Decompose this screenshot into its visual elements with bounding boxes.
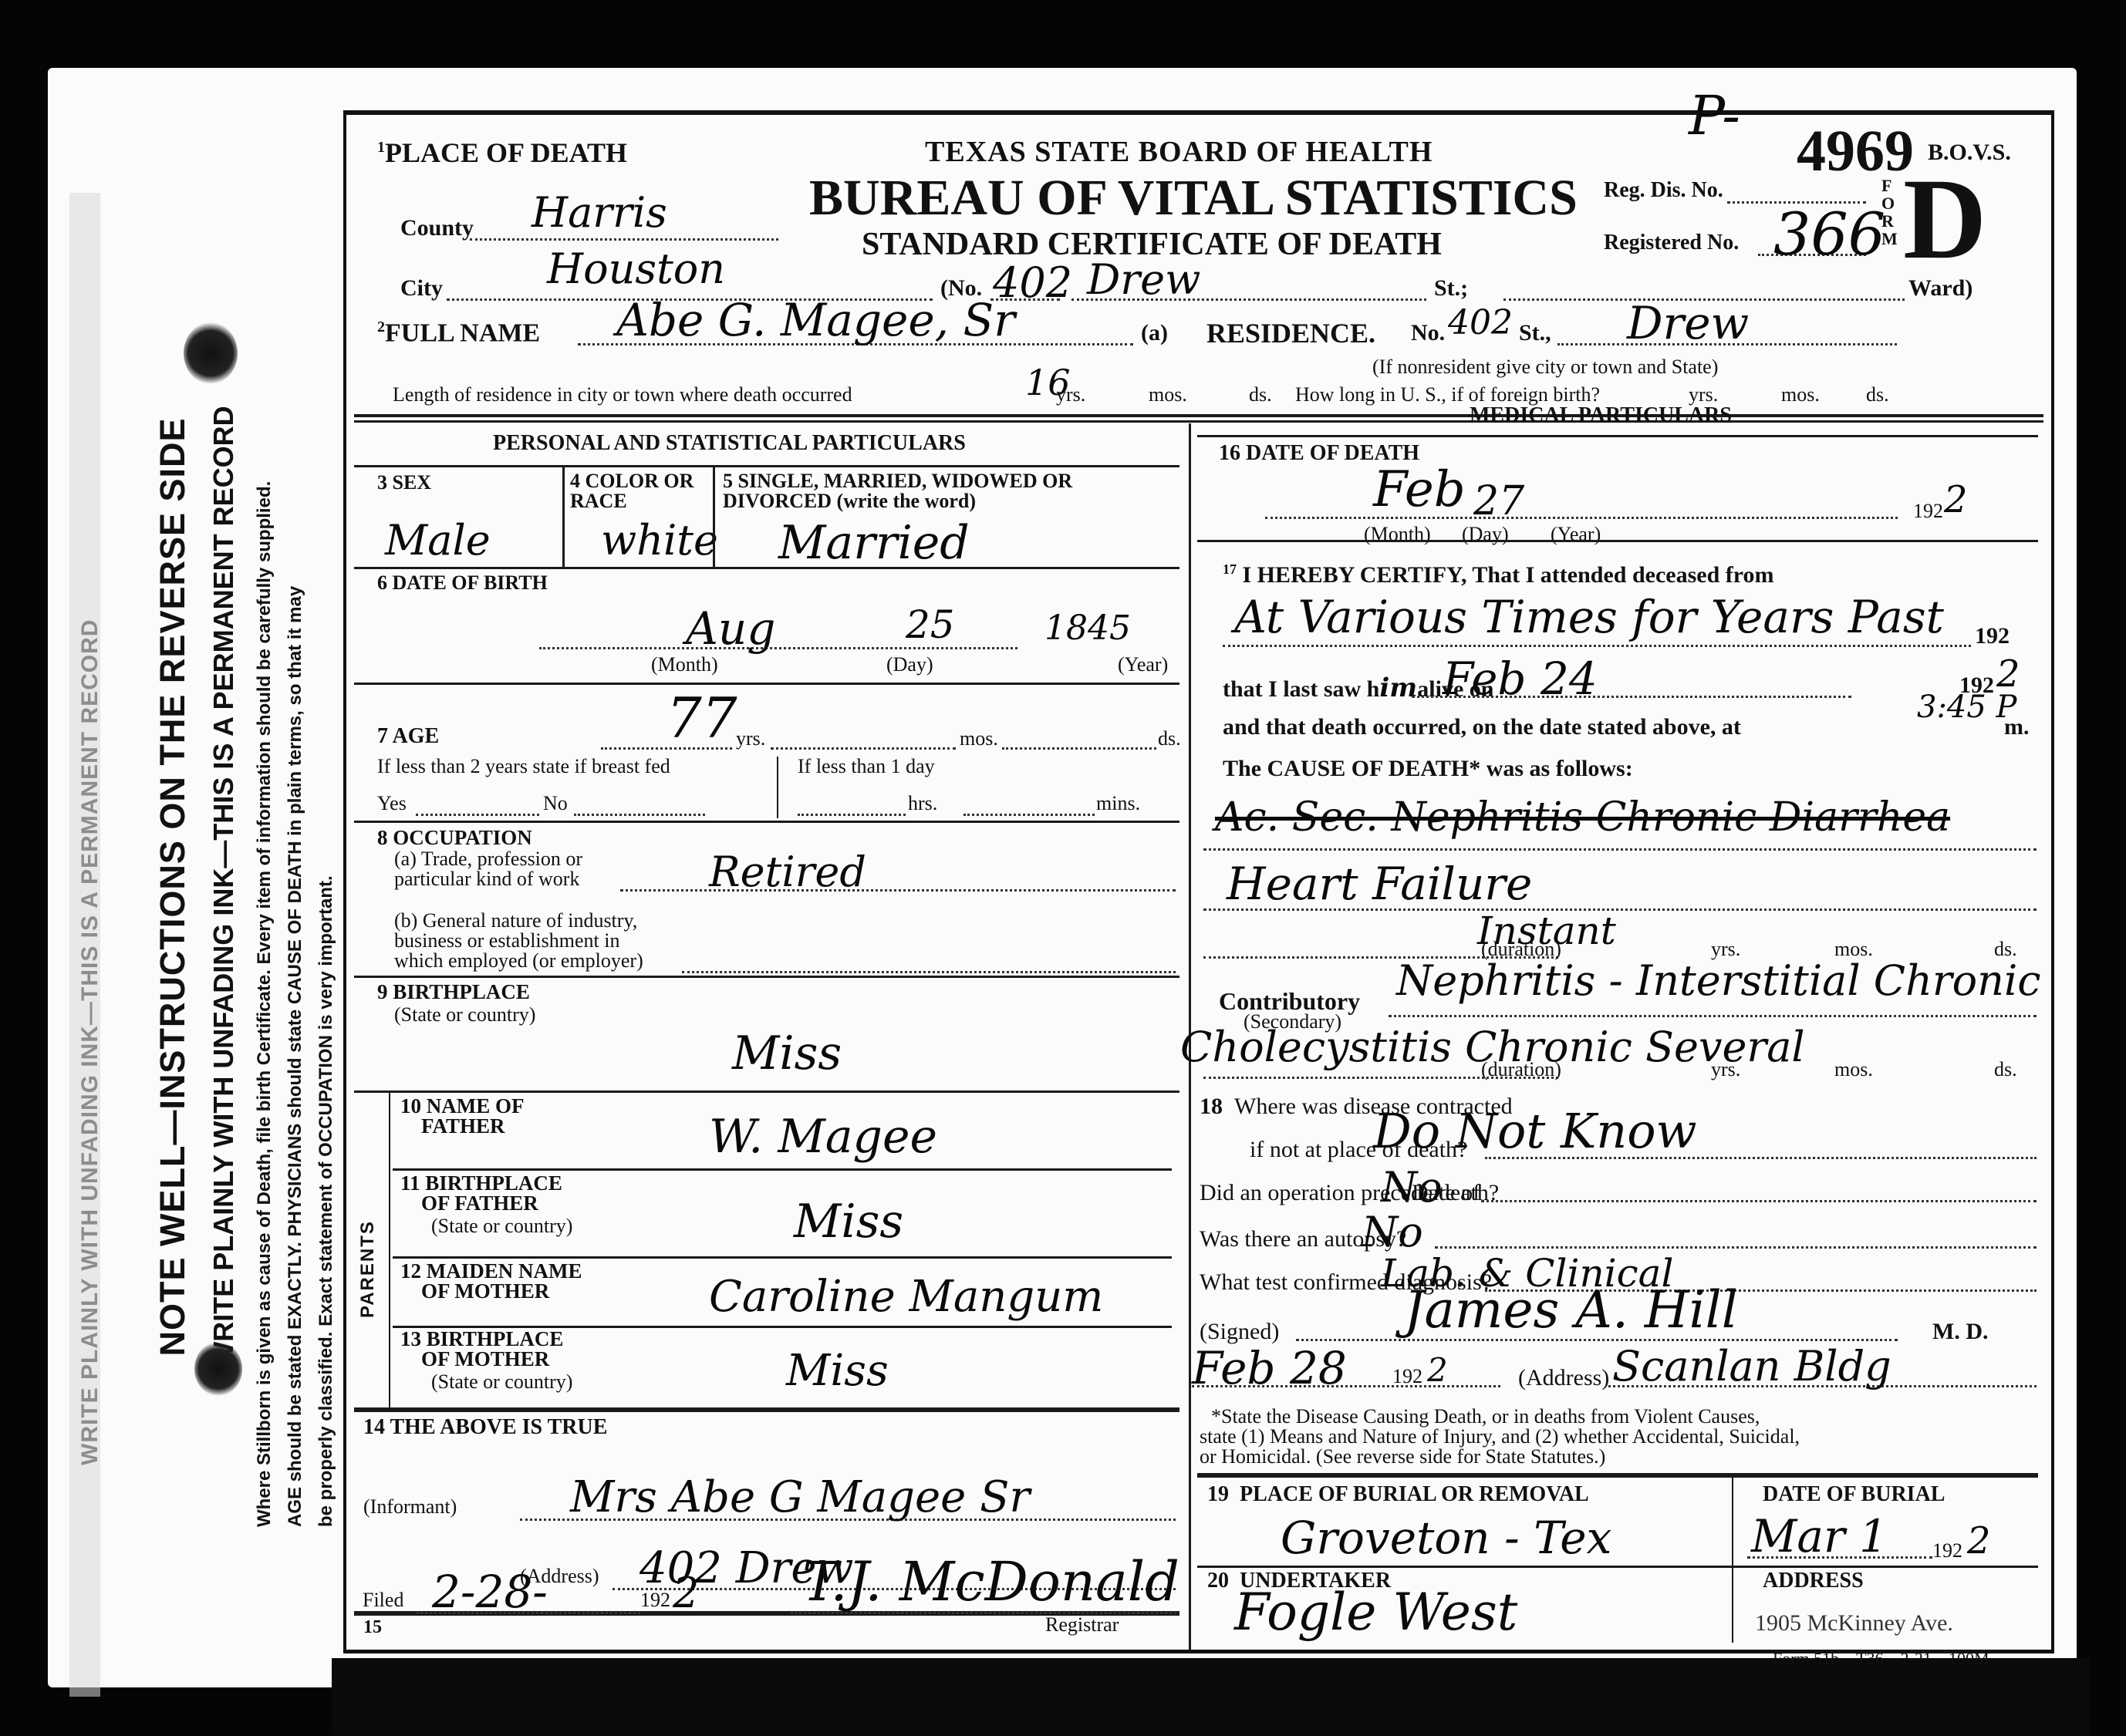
nonresident-note: (If nonresident give city or town and St… [1372, 356, 1718, 379]
form-letter-d: D [1903, 161, 1986, 277]
cause-of-death-label: The CAUSE OF DEATH* was as follows: [1223, 756, 1633, 782]
residence-st-label: St., [1519, 320, 1551, 346]
ink-blot [184, 322, 238, 384]
filed-year-suffix: 2 [673, 1569, 699, 1617]
scan-border [332, 1658, 2091, 1735]
full-name-label: 2FULL NAME [377, 319, 540, 348]
registrar-label: Registrar [1045, 1613, 1119, 1637]
contributory-cause-1: Nephritis - Interstitial Chronic [1396, 956, 2040, 1005]
form-code-footer: Form 51b—T36—2-21—100M [1773, 1649, 1989, 1669]
filed-label: Filed [363, 1589, 403, 1612]
birthplace-label: 9 BIRTHPLACE [377, 980, 530, 1004]
attended-value: At Various Times for Years Past [1234, 591, 1944, 643]
marital-status-label: 5 SINGLE, MARRIED, WIDOWED OR DIVORCED (… [723, 471, 1170, 511]
margin-instructions: NOTE WELL—INSTRUCTIONS ON THE REVERSE SI… [150, 231, 337, 1542]
burial-place-value: Groveton - Tex [1281, 1512, 1611, 1564]
father-birthplace-label: 11 BIRTHPLACE OF FATHER [400, 1173, 562, 1213]
birthplace-value: Miss [732, 1026, 842, 1080]
bleed-through-text: WRITE PLAINLY WITH UNFADING INK—THIS IS … [77, 619, 103, 1465]
form-vertical-label: FORM [1881, 177, 1897, 248]
parents-label: PARENTS [357, 1220, 379, 1318]
city-label: City [400, 275, 443, 302]
dod-day: 27 [1473, 478, 1524, 524]
margin-occupation-note: be properly classified. Exact statement … [316, 231, 337, 1542]
dob-month: Aug [686, 602, 775, 655]
personal-section-title: PERSONAL AND STATISTICAL PARTICULARS [493, 431, 966, 456]
mother-name-value: Caroline Mangum [709, 1272, 1103, 1322]
color-race-label: 4 COLOR OR RACE [570, 471, 701, 511]
cause-duration: Instant [1477, 908, 1616, 953]
item-15-label: 15 [363, 1617, 382, 1638]
city-value: Houston [547, 244, 725, 293]
certify-label: 17 I HEREBY CERTIFY, That I attended dec… [1223, 561, 1774, 588]
undertaker-address-value: 1905 McKinney Ave. [1755, 1610, 1953, 1637]
physician-address-value: Scanlan Bldg [1612, 1342, 1891, 1390]
burial-date-label: DATE OF BURIAL [1763, 1482, 1945, 1507]
margin-stillborn-note: Where Stillborn is given as cause of Dea… [254, 231, 275, 1542]
mother-name-label: 12 MAIDEN NAME OF MOTHER [400, 1261, 582, 1301]
ink-blot [194, 1342, 242, 1396]
less-than-day-label: If less than 1 day [798, 755, 935, 778]
mother-birthplace-value: Miss [786, 1346, 889, 1396]
sex-value: Male [385, 516, 491, 565]
informant-label: (Informant) [363, 1495, 457, 1519]
age-years: 77 [666, 686, 737, 750]
father-name-value: W. Magee [709, 1110, 937, 1164]
breast-fed-label: If less than 2 years state if breast fed [377, 755, 670, 778]
burial-date-value: Mar 1 [1751, 1510, 1888, 1562]
undertaker-value: Fogle West [1234, 1583, 1517, 1642]
occupation-label: 8 OCCUPATION [377, 826, 532, 850]
md-label: M. D. [1932, 1319, 1988, 1345]
father-birthplace-value: Miss [794, 1195, 903, 1249]
file-number: 4969 [1797, 118, 1914, 185]
residence-street: Drew [1627, 297, 1749, 349]
mother-birthplace-label: 13 BIRTHPLACE OF MOTHER [400, 1329, 563, 1369]
physician-address-label: (Address) [1518, 1365, 1609, 1391]
length-of-residence-label: Length of residence in city or town wher… [393, 383, 852, 406]
filed-date: 2-28- [432, 1566, 548, 1618]
burial-place-label: 19 PLACE OF BURIAL OR REMOVAL [1207, 1482, 1589, 1507]
date-of-birth-label: 6 DATE OF BIRTH [377, 571, 548, 595]
physician-signature: James A. Hill [1404, 1280, 1738, 1340]
registered-number: 366 [1773, 200, 1885, 268]
father-name-label: 10 NAME OF FATHER [400, 1096, 524, 1136]
residence-label: RESIDENCE. [1206, 317, 1375, 349]
death-time: 3:45 P [1917, 689, 2016, 725]
undertaker-address-label: ADDRESS [1763, 1569, 1864, 1593]
residence-no-label: No. [1411, 320, 1445, 346]
margin-note-well: NOTE WELL—INSTRUCTIONS ON THE REVERSE SI… [150, 231, 195, 1542]
last-saw-date: Feb 24 [1443, 652, 1598, 705]
street-name: Drew [1087, 255, 1200, 304]
where-contracted-value: Do Not Know [1373, 1103, 1697, 1159]
signed-label: (Signed) [1200, 1319, 1279, 1345]
dod-year-suffix: 2 [1944, 478, 1968, 521]
informant-value: Mrs Abe G Magee Sr [570, 1472, 1030, 1522]
signed-date: Feb 28 [1192, 1342, 1347, 1394]
registered-label: Registered No. [1604, 231, 1739, 255]
occupation-value: Retired [709, 848, 866, 896]
residence-number: 402 [1448, 303, 1513, 342]
margin-age-note: AGE should be stated EXACTLY. PHYSICIANS… [285, 231, 306, 1542]
death-certificate-form: 1PLACE OF DEATH TEXAS STATE BOARD OF HEA… [343, 110, 2054, 1653]
dod-month: Feb [1373, 461, 1466, 518]
death-time-label: and that death occurred, on the date sta… [1223, 714, 1741, 740]
dob-year: 1845 [1044, 608, 1131, 648]
cause-struck-through: Ac. Sec. Nephritis Chronic Diarrhea [1215, 794, 1950, 841]
reg-dis-label: Reg. Dis. No. [1604, 178, 1723, 203]
st-label: St.; [1434, 275, 1468, 302]
registrar-signature: T.J. McDonald [802, 1550, 1179, 1613]
color-race-value: white [601, 516, 718, 565]
ward-label: Ward) [1908, 275, 1972, 302]
a-label: (a) [1141, 320, 1168, 346]
bureau-title: BUREAU OF VITAL STATISTICS [809, 169, 1578, 228]
filed-year-prefix: 192 [640, 1589, 670, 1612]
file-prefix-mark: P- [1689, 84, 1740, 147]
medical-section-title: MEDICAL PARTICULARS [1470, 403, 1732, 428]
age-label: 7 AGE [377, 724, 439, 749]
sex-label: 3 SEX [377, 471, 431, 494]
board-of-health-heading: TEXAS STATE BOARD OF HEALTH [925, 135, 1433, 169]
place-of-death-heading: 1PLACE OF DEATH [377, 137, 627, 169]
county-value: Harris [531, 188, 667, 237]
dob-day: 25 [906, 602, 955, 647]
burial-year-suffix: 2 [1967, 1519, 1991, 1562]
footnote-line-3: or Homicidal. (See reverse side for Stat… [1200, 1445, 1605, 1468]
full-name-value: Abe G. Magee, Sr [616, 294, 1015, 346]
cause-of-death-value: Heart Failure [1227, 858, 1532, 910]
county-label: County [400, 215, 474, 241]
above-is-true-label: 14 THE ABOVE IS TRUE [363, 1415, 607, 1440]
marital-status-value: Married [778, 516, 970, 570]
signed-year: 2 [1427, 1351, 1448, 1389]
autopsy-value: No [1362, 1208, 1423, 1256]
